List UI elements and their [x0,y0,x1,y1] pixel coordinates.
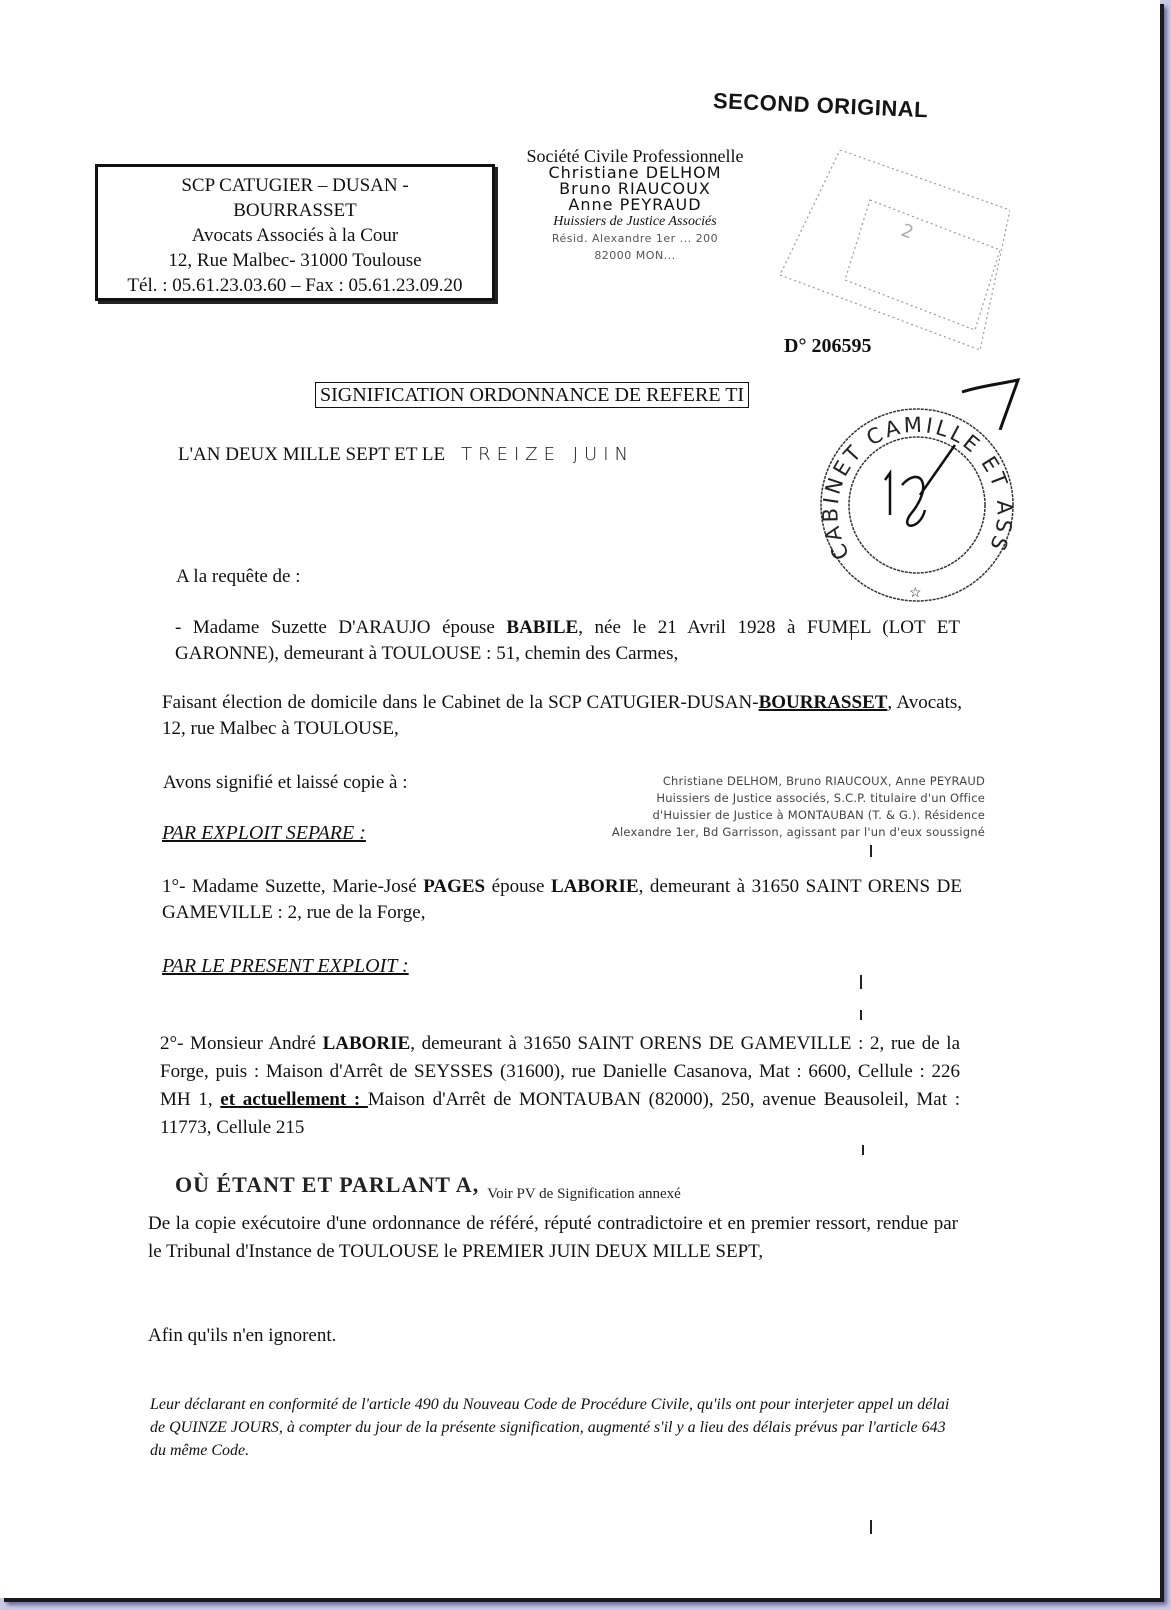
voir-pv-note: Voir PV de Signification annexé [487,1186,681,1202]
appeal-notice: Leur déclarant en conformité de l'articl… [150,1393,950,1462]
firm-name: SCP CATUGIER – DUSAN - [98,173,492,198]
scan-mark [851,630,852,640]
section-present-exploit: PAR LE PRESENT EXPLOIT : [162,953,409,979]
firm-role: Avocats Associés à la Cour [98,223,492,248]
requerant-surname: BABILE [506,617,578,638]
section-exploit-separe: PAR EXPLOIT SEPARE : [162,820,366,846]
huissier-name: Anne PEYRAUD [505,197,765,213]
afin-line: Afin qu'ils n'en ignorent. [148,1323,336,1349]
cabinet-circular-stamp: CABINET CAMILLE ET ASSOCIES ☆ [810,405,1025,605]
document-number: D° 206595 [784,335,871,358]
document-title: SIGNIFICATION ORDONNANCE DE REFERE TI [315,382,749,408]
date-handwritten: TREIZE JUIN [461,444,634,465]
huissiers-address: Résid. Alexandre 1er ... 200 [505,230,765,247]
requerant-paragraph: - Madame Suzette D'ARAUJO épouse BABILE,… [175,615,960,667]
election-underlined: BOURRASSET [759,692,888,713]
huissiers-role: Huissiers de Justice Associés [505,213,765,230]
svg-text:CABINET CAMILLE ET ASSOCIES: CABINET CAMILLE ET ASSOCIES [810,405,1017,564]
law-firm-letterhead-box: SCP CATUGIER – DUSAN - BOURRASSET Avocat… [95,164,495,301]
scan-mark [870,1520,872,1534]
received-date-stamp: 2 [780,150,1010,350]
huissier-ink-stamp: Christiane DELHOM, Bruno RIAUCOUX, Anne … [510,773,985,841]
firm-phone-fax: Tél. : 05.61.23.03.60 – Fax : 05.61.23.0… [98,273,492,298]
date-line: L'AN DEUX MILLE SEPT ET LETREIZE JUIN [178,444,634,466]
second-original-stamp: SECOND ORIGINAL [712,88,928,123]
svg-text:2: 2 [898,220,916,244]
signifie-label: Avons signifié et laissé copie à : [163,770,407,796]
election-domicile-paragraph: Faisant élection de domicile dans le Cab… [162,690,962,742]
firm-name-cont: BOURRASSET [98,198,492,223]
star-icon: ☆ [909,586,922,601]
ou-etant-parlant: OÙ ÉTANT ET PARLANT A,Voir PV de Signifi… [175,1172,681,1198]
scan-mark [862,1145,864,1155]
requete-label: A la requête de : [176,564,301,590]
scan-mark [860,975,862,989]
destinataire-1-paragraph: 1°- Madame Suzette, Marie-José PAGES épo… [162,874,962,926]
copie-executoire-paragraph: De la copie exécutoire d'une ordonnance … [148,1210,958,1266]
scan-mark [860,1010,862,1020]
huissiers-address: 82000 MON... [505,247,765,264]
scan-mark [870,845,872,857]
firm-address: 12, Rue Malbec- 31000 Toulouse [98,248,492,273]
destinataire-2-paragraph: 2°- Monsieur André LABORIE, demeurant à … [160,1030,960,1142]
huissiers-letterhead: Société Civile Professionnelle Christian… [505,148,765,264]
date-printed: L'AN DEUX MILLE SEPT ET LE [178,444,445,465]
document-page: SECOND ORIGINAL SCP CATUGIER – DUSAN - B… [0,0,1160,1598]
